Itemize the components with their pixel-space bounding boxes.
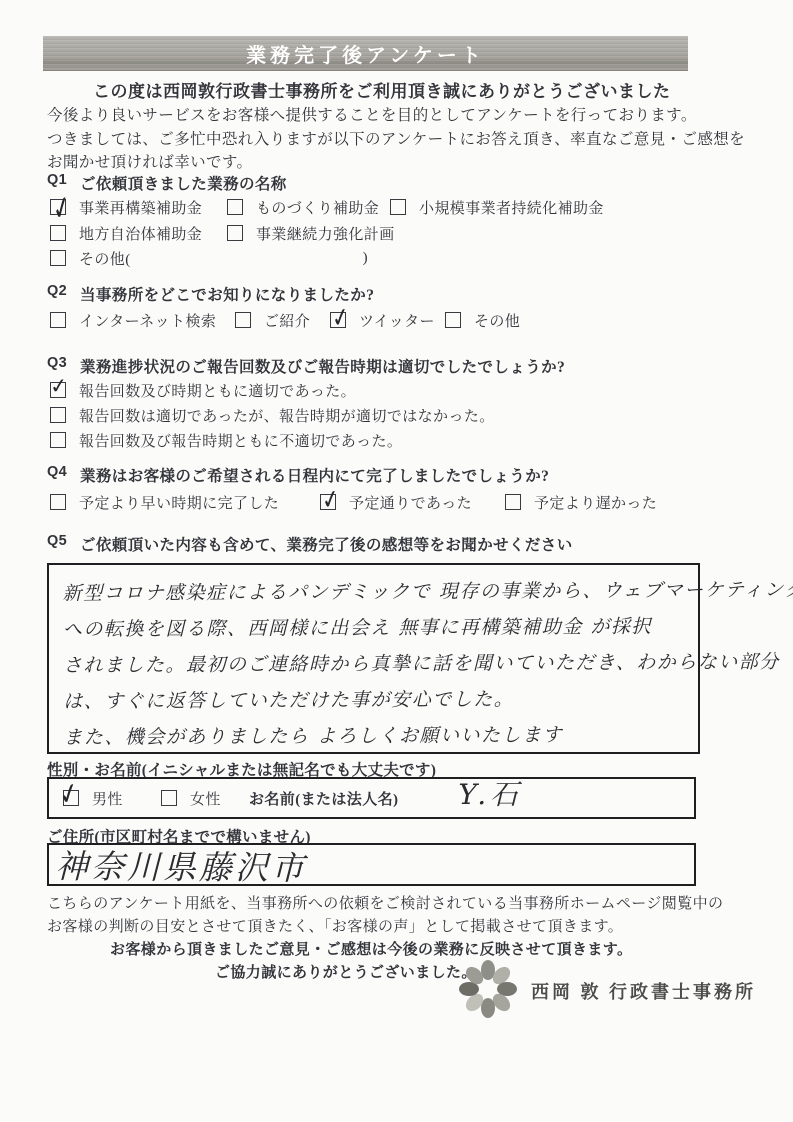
- footer-line: お客様の判断の目安とさせて頂きたく、「お客様の声」として掲載させて頂きます。: [47, 915, 623, 936]
- handwritten-comments: 新型コロナ感染症によるパンデミックで 現存の事業から、ウェブマーケティングスクー…: [49, 563, 699, 755]
- option-label: 報告回数及び時期ともに適切であった。: [79, 380, 356, 401]
- q2-options-row: インターネット検索 ご紹介 ✓ ツイッター その他: [50, 309, 520, 331]
- q3-option-both-bad[interactable]: 報告回数及び報告時期ともに不適切であった。: [50, 430, 402, 451]
- q1-option-jigyou-saikouchiku[interactable]: ✓ 事業再構築補助金: [50, 197, 227, 218]
- q4-option-early[interactable]: 予定より早い時期に完了した: [50, 492, 320, 513]
- q3-title: 業務進捗状況のご報告回数及びご報告時期は適切でしたでしょうか?: [80, 355, 565, 377]
- q2-option-internet[interactable]: インターネット検索: [50, 310, 235, 331]
- option-label: 事業再構築補助金: [79, 197, 202, 218]
- checkbox[interactable]: [50, 250, 66, 266]
- q3-option-row-3: 報告回数及び報告時期ともに不適切であった。: [50, 429, 402, 451]
- comments-write-in-box[interactable]: 新型コロナ感染症によるパンデミックで 現存の事業から、ウェブマーケティングスクー…: [47, 563, 700, 754]
- q2-heading: Q2 当事務所をどこでお知りになりましたか?: [47, 283, 374, 305]
- option-label: インターネット検索: [79, 310, 216, 331]
- option-label: 男性: [92, 788, 123, 809]
- q2-number: Q2: [47, 283, 80, 305]
- q4-option-late[interactable]: 予定より遅かった: [505, 492, 657, 513]
- checkbox[interactable]: [505, 494, 521, 510]
- checkbox[interactable]: [50, 225, 66, 241]
- q3-option-appropriate[interactable]: ✓ 報告回数及び時期ともに適切であった。: [50, 380, 356, 401]
- office-name: 西岡 敦 行政書士事務所: [531, 978, 756, 1004]
- q1-options-row-1: ✓ 事業再構築補助金 ものづくり補助金 小規模事業者持続化補助金: [50, 196, 604, 218]
- footer-closing-thanks: ご協力誠にありがとうございました。: [215, 961, 477, 982]
- checkbox-checked[interactable]: ✓: [330, 312, 346, 328]
- checkbox-checked[interactable]: ✓: [50, 382, 66, 398]
- option-label: その他: [474, 310, 520, 331]
- survey-sheet: 業務完了後アンケート この度は西岡敦行政書士事務所をご利用頂き誠にありがとうござ…: [0, 0, 793, 1122]
- option-label: 予定より早い時期に完了した: [79, 492, 279, 513]
- checkbox-checked[interactable]: ✓: [320, 494, 336, 510]
- name-field-label: お名前(または法人名): [249, 788, 398, 809]
- office-logo-icon: [457, 958, 519, 1020]
- q4-title: 業務はお客様のご希望される日程内にて完了しましたでしょうか?: [80, 464, 549, 486]
- thanks-line: この度は西岡敦行政書士事務所をご利用頂き誠にありがとうございました: [93, 77, 671, 102]
- q5-number: Q5: [47, 533, 80, 555]
- q4-option-on-schedule[interactable]: ✓ 予定通りであった: [320, 492, 505, 513]
- checkbox-checked[interactable]: ✓: [63, 790, 79, 806]
- checkbox[interactable]: [50, 312, 66, 328]
- footer-line: こちらのアンケート用紙を、当事務所への依頼をご検討されている当事務所ホームページ…: [47, 892, 723, 913]
- q4-number: Q4: [47, 464, 80, 486]
- q4-options-row: 予定より早い時期に完了した ✓ 予定通りであった 予定より遅かった: [50, 491, 657, 513]
- intro-line: お聞かせ頂ければ幸いです。: [47, 150, 252, 172]
- q1-option-shoukibo[interactable]: 小規模事業者持続化補助金: [390, 197, 604, 218]
- option-label: ツイッター: [359, 310, 435, 331]
- check-icon: ✓: [56, 777, 82, 811]
- checkbox[interactable]: [50, 407, 66, 423]
- check-icon: ✓: [320, 486, 341, 515]
- q2-option-twitter[interactable]: ✓ ツイッター: [330, 310, 445, 331]
- q1-options-row-2: 地方自治体補助金 事業継続力強化計画: [50, 222, 395, 244]
- q1-options-row-3: その他( ): [50, 247, 368, 269]
- option-label: その他(: [79, 248, 131, 269]
- option-label: 小規模事業者持続化補助金: [419, 197, 604, 218]
- intro-line: 今後より良いサービスをお客様へ提供することを目的としてアンケートを行っております…: [47, 103, 697, 125]
- q3-option-row-1: ✓ 報告回数及び時期ともに適切であった。: [50, 379, 356, 401]
- q1-option-monozukuri[interactable]: ものづくり補助金: [227, 197, 390, 218]
- handwritten-line: への転換を図る際、西岡様に出会え 無事に再構築補助金 が採択: [63, 608, 686, 647]
- checkbox[interactable]: [50, 494, 66, 510]
- checkbox[interactable]: [227, 199, 243, 215]
- check-icon: ✓: [330, 304, 351, 333]
- other-close-paren: ): [363, 250, 368, 267]
- q3-option-row-2: 報告回数は適切であったが、報告時期が適切ではなかった。: [50, 404, 495, 426]
- checkbox-checked[interactable]: ✓: [50, 199, 66, 215]
- option-label: 予定通りであった: [349, 492, 472, 513]
- option-label: 予定より遅かった: [534, 492, 657, 513]
- handwritten-line: また、機会がありましたら よろしくお願いいたします: [63, 716, 686, 755]
- option-label: 事業継続力強化計画: [256, 223, 395, 244]
- identity-box: ✓ 男性 女性 お名前(または法人名) Y.石: [47, 777, 696, 819]
- option-label: ご紹介: [264, 310, 310, 331]
- q1-option-chihou-jichitai[interactable]: 地方自治体補助金: [50, 223, 227, 244]
- checkbox[interactable]: [161, 790, 177, 806]
- q3-option-timing-bad[interactable]: 報告回数は適切であったが、報告時期が適切ではなかった。: [50, 405, 495, 426]
- q2-title: 当事務所をどこでお知りになりましたか?: [80, 283, 374, 305]
- option-label: 地方自治体補助金: [79, 223, 202, 244]
- survey-title-bar: 業務完了後アンケート: [43, 36, 688, 70]
- checkbox[interactable]: [50, 432, 66, 448]
- checkbox[interactable]: [235, 312, 251, 328]
- page-title: 業務完了後アンケート: [246, 39, 485, 68]
- option-label: 報告回数及び報告時期ともに不適切であった。: [79, 430, 402, 451]
- handwritten-line: されました。最初のご連絡時から真摯に話を聞いていただき、わからない部分: [63, 644, 686, 683]
- option-label: 女性: [190, 788, 221, 809]
- q1-heading: Q1 ご依頼頂きました業務の名称: [47, 172, 287, 194]
- q2-option-other[interactable]: その他: [445, 310, 520, 331]
- q4-heading: Q4 業務はお客様のご希望される日程内にて完了しましたでしょうか?: [47, 464, 549, 486]
- q5-title: ご依頼頂いた内容も含めて、業務完了後の感想等をお聞かせください: [80, 533, 573, 555]
- office-signature: 西岡 敦 行政書士事務所: [457, 958, 756, 1020]
- option-label: ものづくり補助金: [256, 197, 379, 218]
- checkbox[interactable]: [445, 312, 461, 328]
- q3-heading: Q3 業務進捗状況のご報告回数及びご報告時期は適切でしたでしょうか?: [47, 355, 565, 377]
- gender-option-female[interactable]: 女性: [161, 788, 249, 809]
- intro-line: つきましては、ご多忙中恐れ入りますが以下のアンケートにお答え頂き、率直なご意見・…: [47, 127, 745, 149]
- option-label: 報告回数は適切であったが、報告時期が適切ではなかった。: [79, 405, 495, 426]
- handwritten-line: は、すぐに返答していただけた事が安心でした。: [63, 680, 686, 719]
- check-icon: ✓: [49, 375, 69, 398]
- q1-title: ご依頼頂きました業務の名称: [80, 172, 287, 194]
- q1-option-jigyou-keizokuryoku[interactable]: 事業継続力強化計画: [227, 223, 395, 244]
- address-value: 神奈川県藤沢市: [49, 841, 694, 893]
- handwritten-line: 新型コロナ感染症によるパンデミックで 現存の事業から、ウェブマーケティングスクー…: [63, 572, 686, 611]
- checkbox[interactable]: [227, 225, 243, 241]
- gender-option-male[interactable]: ✓ 男性: [63, 788, 161, 809]
- address-box[interactable]: 神奈川県藤沢市: [47, 843, 696, 886]
- q1-option-other[interactable]: その他(: [50, 248, 131, 269]
- q2-option-referral[interactable]: ご紹介: [235, 310, 330, 331]
- checkbox[interactable]: [390, 199, 406, 215]
- name-field-value[interactable]: Y.石: [458, 773, 522, 813]
- q5-heading: Q5 ご依頼頂いた内容も含めて、業務完了後の感想等をお聞かせください: [47, 533, 573, 555]
- footer-line-bold: お客様から頂きましたご意見・ご感想は今後の業務に反映させて頂きます。: [110, 938, 632, 959]
